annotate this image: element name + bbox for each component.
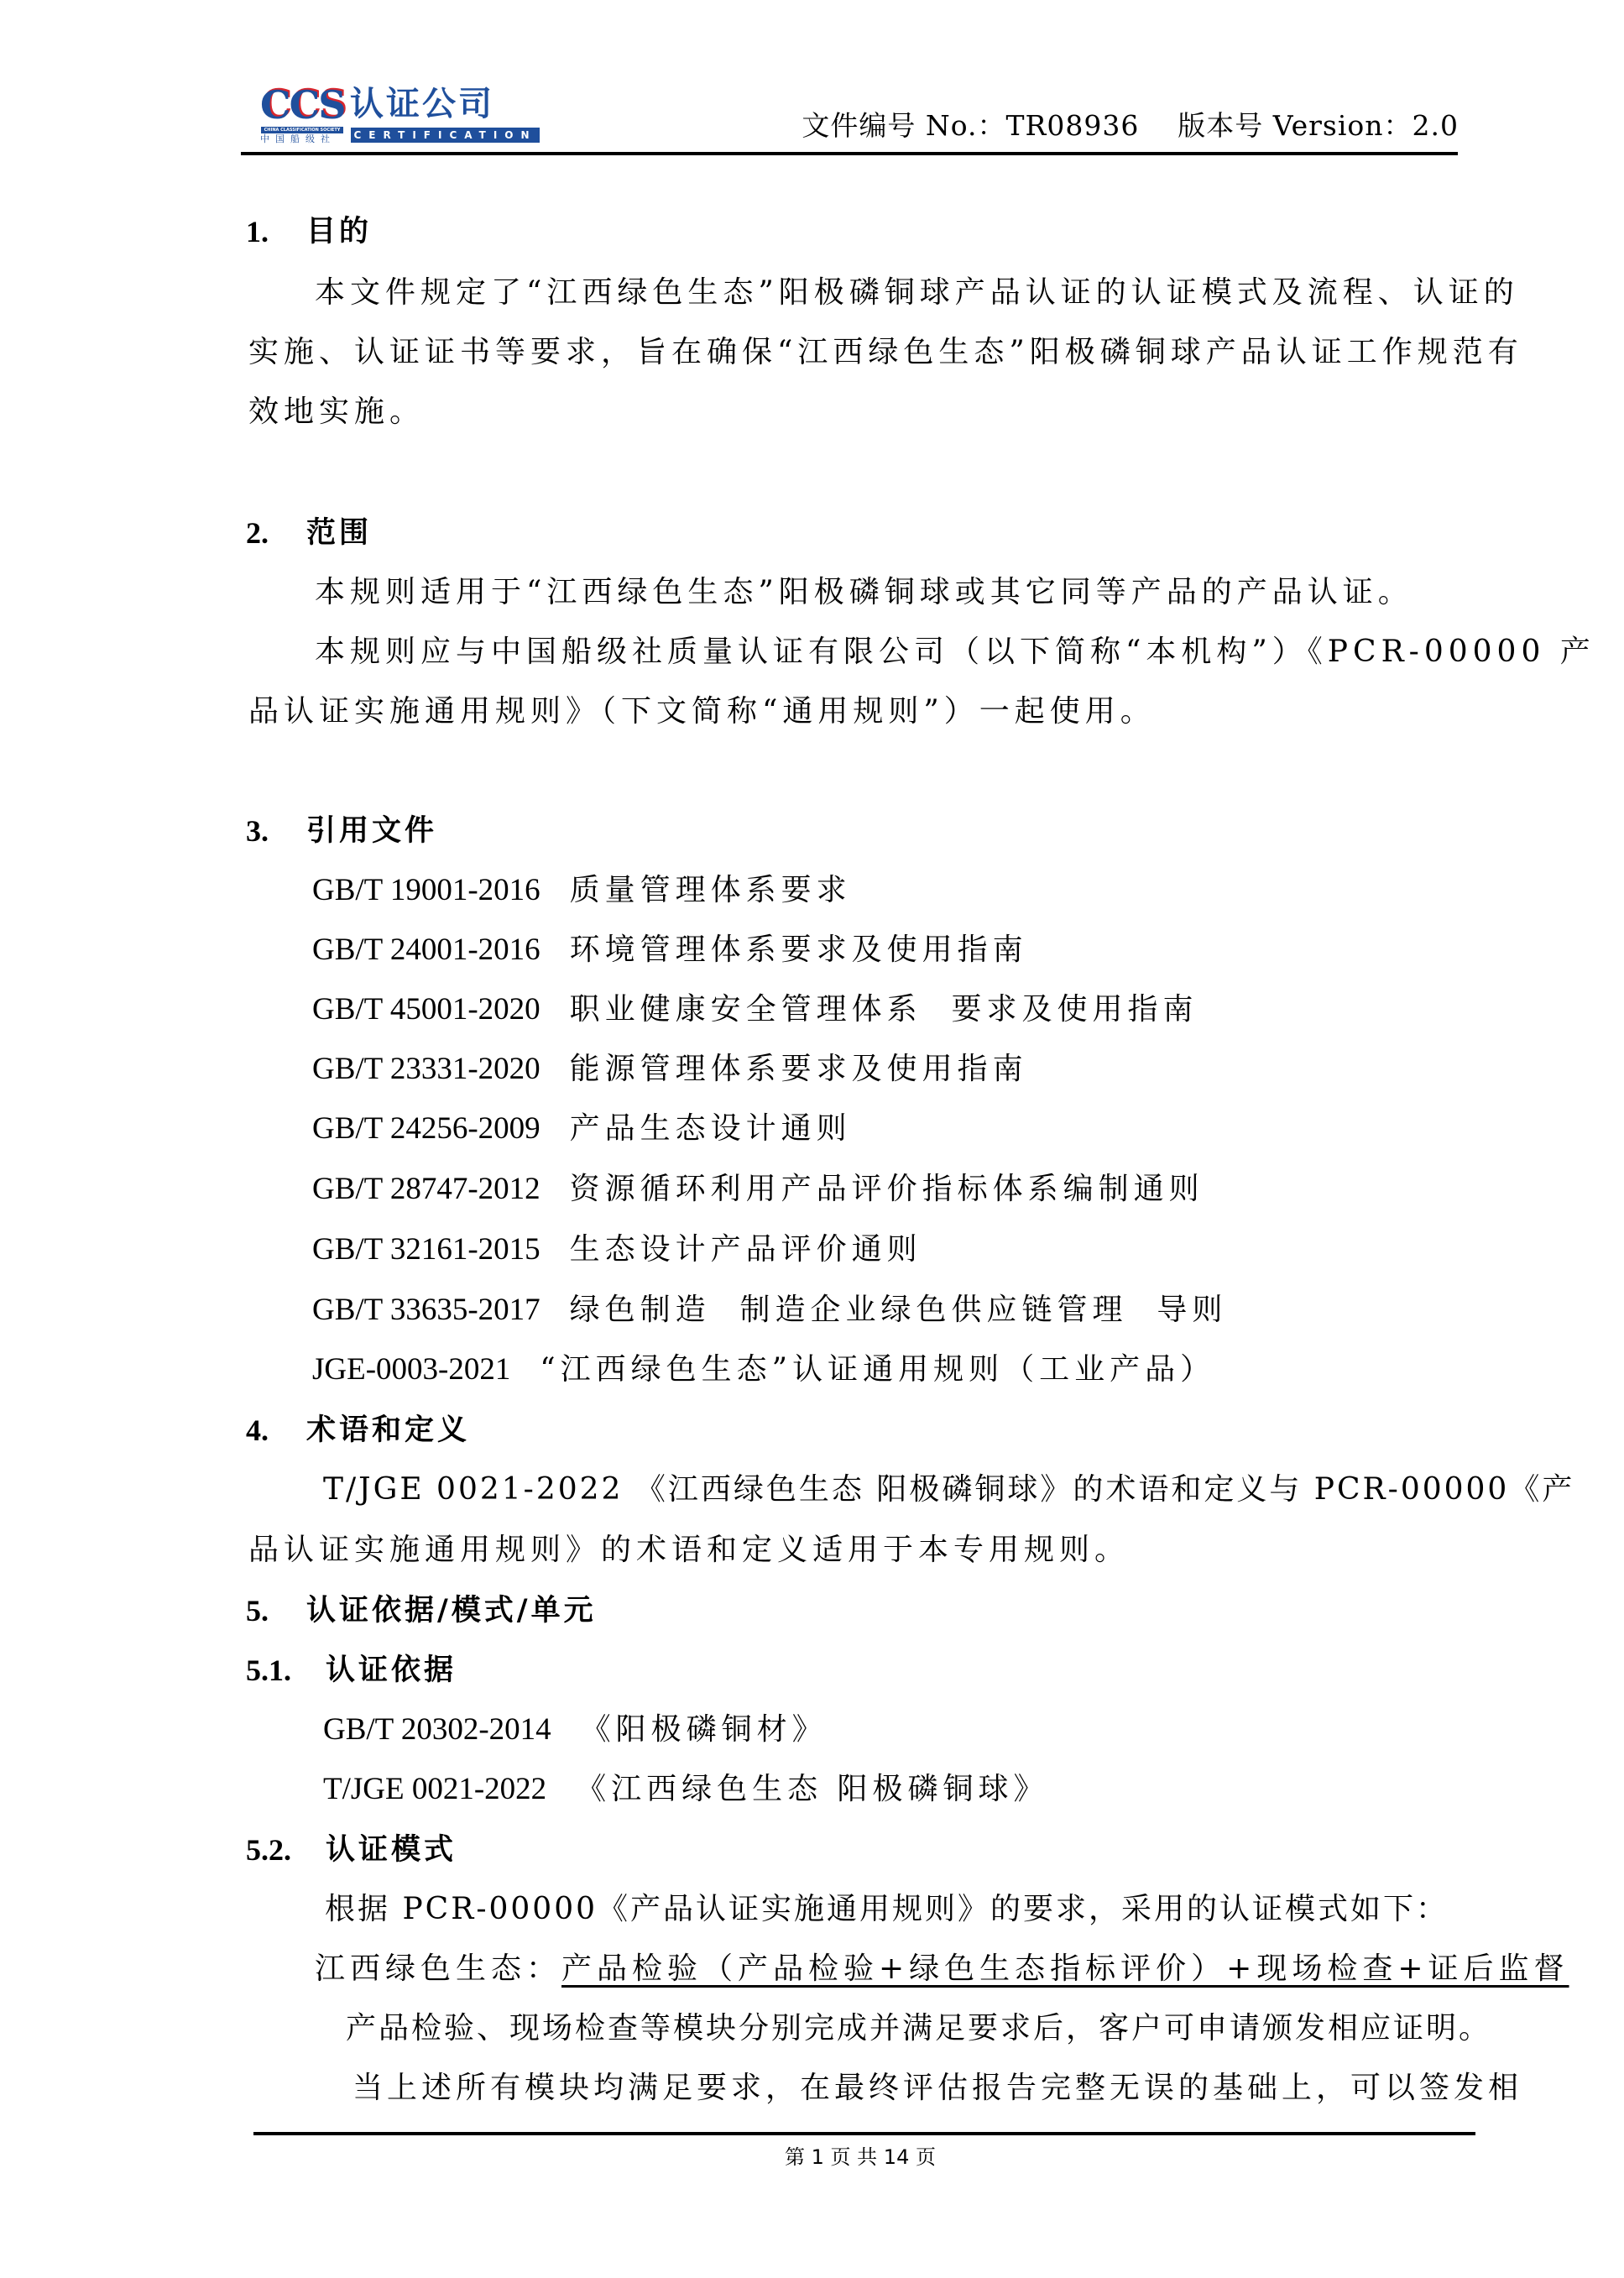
section-2-line: 本规则应与中国船级社质量认证有限公司（以下简称“本机构”）《PCR-00000 … xyxy=(315,634,1595,671)
header-divider xyxy=(241,152,1458,155)
section-1-line: 实施、认证证书等要求，旨在确保“江西绿色生态”阳极磷铜球产品认证工作规范有 xyxy=(248,334,1523,371)
ref-name: 质量管理体系要求 xyxy=(570,873,852,907)
ref-code: GB/T 45001-2020 xyxy=(312,992,540,1027)
section-4-title: 术语和定义 xyxy=(306,1412,470,1449)
logo-ccs-mark: CCS xyxy=(260,86,344,124)
doc-number: TR08936 xyxy=(1005,109,1139,142)
ref-name: 《阳极磷铜材》 xyxy=(581,1712,828,1747)
section-5-2-number: 5.2. xyxy=(246,1831,291,1868)
reference-item: GB/T 23331-2020 能源管理体系要求及使用指南 xyxy=(312,1051,1028,1088)
ref-code: GB/T 23331-2020 xyxy=(312,1052,540,1086)
ref-code: GB/T 20302-2014 xyxy=(323,1712,551,1747)
certification-mode: 江西绿色生态：产品检验（产品检验+绿色生态指标评价）+现场检查+证后监督 xyxy=(315,1951,1569,1988)
footer-divider xyxy=(253,2132,1475,2135)
page-number: 第 1 页 共 14 页 xyxy=(0,2144,1624,2171)
section-5-title: 认证依据/模式/单元 xyxy=(306,1592,597,1629)
document-page: CCS CHINA CLASSIFICATION SOCIETY 中国船级社 认… xyxy=(0,0,1624,2278)
reference-item: JGE-0003-2021 “江西绿色生态”认证通用规则（工业产品） xyxy=(312,1351,1215,1388)
logo-society-cn: 中国船级社 xyxy=(260,134,336,144)
ref-name: 生态设计产品评价通则 xyxy=(570,1232,922,1267)
ref-code: GB/T 19001-2016 xyxy=(312,873,540,907)
section-4-line: 品认证实施通用规则》的术语和定义适用于本专用规则。 xyxy=(248,1532,1130,1569)
section-5-1-number: 5.1. xyxy=(246,1652,291,1689)
version-label: 版本号 Version： xyxy=(1178,109,1412,142)
section-5-1-title: 认证依据 xyxy=(326,1652,457,1689)
section-2-line: 品认证实施通用规则》（下文简称“通用规则”）一起使用。 xyxy=(248,693,1156,730)
section-2-line: 本规则适用于“江西绿色生态”阳极磷铜球或其它同等产品的产品认证。 xyxy=(315,574,1413,611)
reference-item: GB/T 32161-2015 生态设计产品评价通则 xyxy=(312,1231,922,1268)
reference-item: GB/T 24256-2009 产品生态设计通则 xyxy=(312,1110,852,1147)
basis-item: T/JGE 0021-2022 《江西绿色生态 阳极磷铜球》 xyxy=(323,1771,1049,1808)
reference-item: GB/T 28747-2012 资源循环利用产品评价指标体系编制通则 xyxy=(312,1171,1204,1208)
section-2-title: 范围 xyxy=(306,515,372,551)
ref-name: 资源循环利用产品评价指标体系编制通则 xyxy=(570,1172,1204,1206)
ref-name: 绿色制造 制造企业绿色供应链管理 导则 xyxy=(570,1293,1228,1327)
ref-code: GB/T 28747-2012 xyxy=(312,1172,540,1206)
section-2-number: 2. xyxy=(246,515,269,551)
ccs-certification-logo: CCS CHINA CLASSIFICATION SOCIETY 中国船级社 认… xyxy=(260,84,546,144)
header-doc-info: 文件编号 No.：TR08936 版本号 Version：2.0 xyxy=(755,109,1459,143)
section-1-line: 效地实施。 xyxy=(248,394,425,431)
ref-name: “江西绿色生态”认证通用规则（工业产品） xyxy=(525,1352,1215,1387)
ref-name: 能源管理体系要求及使用指南 xyxy=(570,1052,1028,1086)
section-4-line: T/JGE 0021-2022 《江西绿色生态 阳极磷铜球》的术语和定义与 PC… xyxy=(323,1471,1574,1508)
logo-certification-bar: CERTIFICATION xyxy=(351,128,540,143)
section-5-2-paragraph: 产品检验、现场检查等模块分别完成并满足要求后，客户可申请颁发相应证明。 xyxy=(346,2010,1491,2047)
basis-item: GB/T 20302-2014 《阳极磷铜材》 xyxy=(323,1711,828,1748)
section-1-line: 本文件规定了“江西绿色生态”阳极磷铜球产品认证的认证模式及流程、认证的 xyxy=(315,274,1519,311)
ref-code: GB/T 24256-2009 xyxy=(312,1111,540,1146)
reference-item: GB/T 24001-2016 环境管理体系要求及使用指南 xyxy=(312,932,1028,969)
section-5-2-intro: 根据 PCR-00000《产品认证实施通用规则》的要求，采用的认证模式如下： xyxy=(325,1891,1449,1928)
ref-name: 环境管理体系要求及使用指南 xyxy=(570,933,1028,967)
mode-value: 产品检验（产品检验+绿色生态指标评价）+现场检查+证后监督 xyxy=(561,1951,1569,1986)
logo-society-en: CHINA CLASSIFICATION SOCIETY xyxy=(261,127,343,133)
section-3-number: 3. xyxy=(246,812,269,849)
doc-number-label: 文件编号 No.： xyxy=(802,109,1005,142)
reference-item: GB/T 19001-2016 质量管理体系要求 xyxy=(312,872,852,909)
ref-code: T/JGE 0021-2022 xyxy=(323,1772,546,1806)
section-4-number: 4. xyxy=(246,1412,269,1449)
logo-company-cn: 认证公司 xyxy=(350,86,494,123)
ref-code: GB/T 24001-2016 xyxy=(312,933,540,967)
ref-code: GB/T 33635-2017 xyxy=(312,1293,540,1327)
ref-name: 职业健康安全管理体系 要求及使用指南 xyxy=(570,992,1198,1027)
section-1-number: 1. xyxy=(246,213,269,250)
section-1-title: 目的 xyxy=(306,213,372,250)
ref-code: JGE-0003-2021 xyxy=(312,1352,510,1387)
version-value: 2.0 xyxy=(1413,109,1459,142)
section-5-number: 5. xyxy=(246,1592,269,1629)
section-5-2-paragraph: 当上述所有模块均满足要求，在最终评估报告完整无误的基础上，可以签发相 xyxy=(352,2070,1522,2107)
ref-code: GB/T 32161-2015 xyxy=(312,1232,540,1267)
section-3-title: 引用文件 xyxy=(306,812,437,849)
reference-item: GB/T 33635-2017 绿色制造 制造企业绿色供应链管理 导则 xyxy=(312,1292,1227,1329)
mode-label: 江西绿色生态： xyxy=(315,1951,561,1986)
ref-name: 《江西绿色生态 阳极磷铜球》 xyxy=(576,1772,1048,1806)
logo-ccs-text: CCS xyxy=(260,82,344,128)
reference-item: GB/T 45001-2020 职业健康安全管理体系 要求及使用指南 xyxy=(312,991,1198,1028)
section-5-2-title: 认证模式 xyxy=(326,1831,457,1868)
ref-name: 产品生态设计通则 xyxy=(570,1111,852,1146)
